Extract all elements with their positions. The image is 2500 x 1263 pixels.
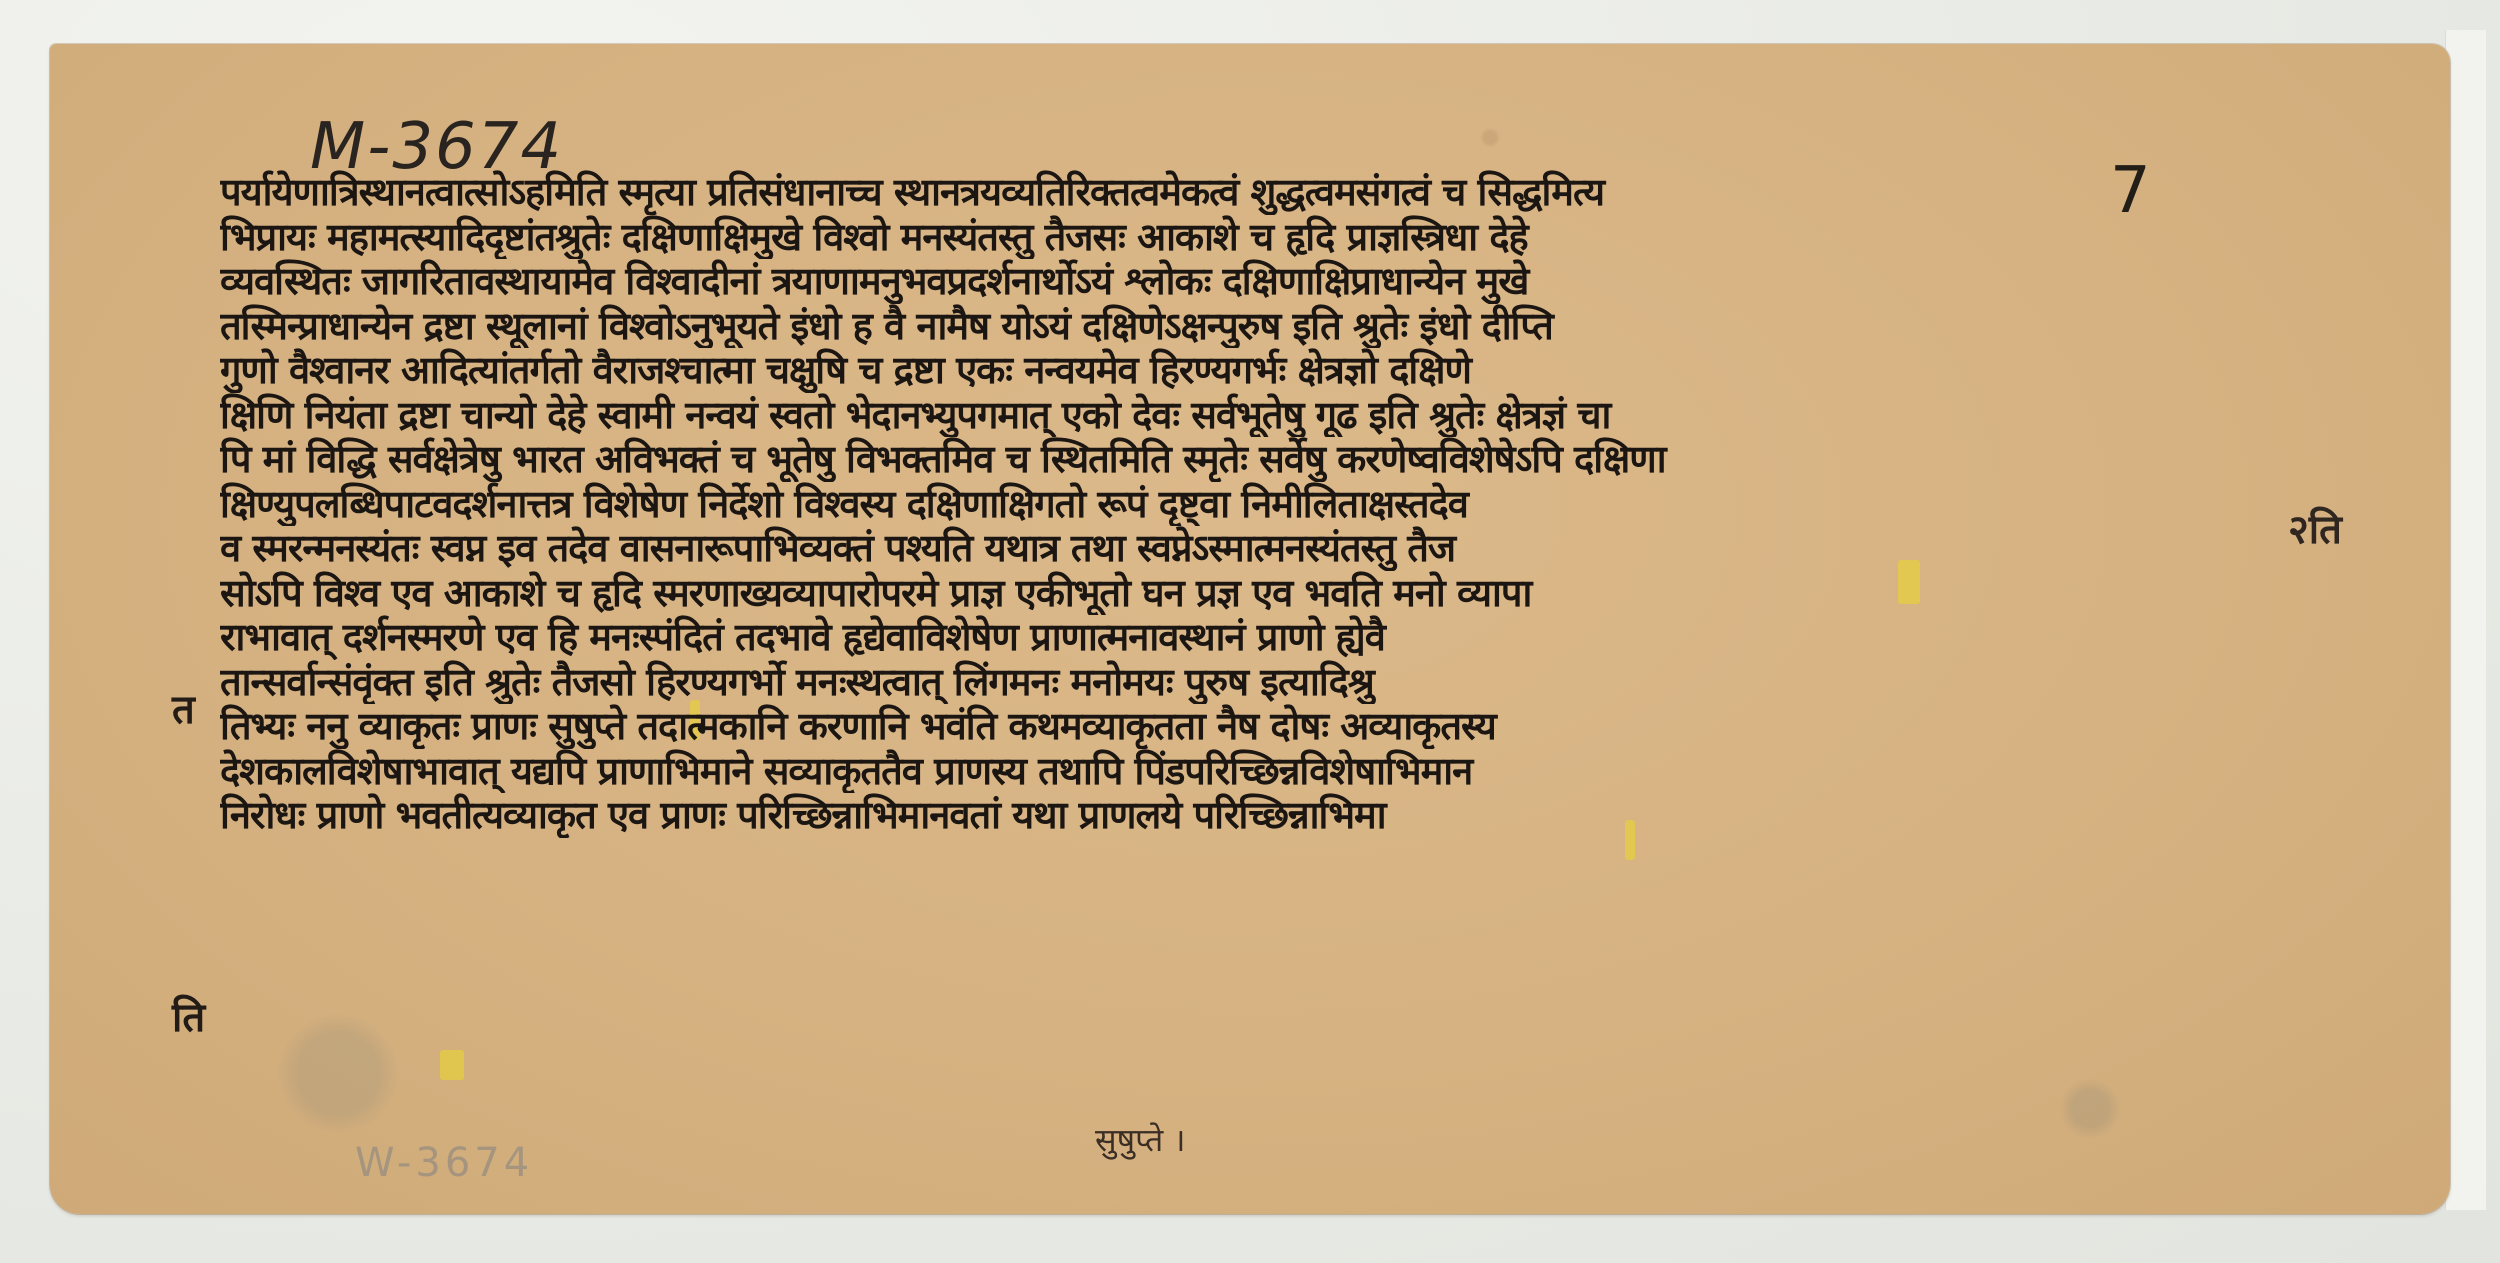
text-line: सोऽपि विश्व एव आकाशे च हृदि स्मरणाख्यव्य… [220,571,2200,616]
text-line: राभावात् दर्शनस्मरणे एव हि मनःस्पंदितं त… [220,615,2200,660]
text-line: क्षिण्युपलब्धिपाटवदर्शनात्तत्र विशेषेण न… [220,482,2200,527]
manuscript-text-block: पर्यायेणात्रिस्थानत्वात्सोऽहमिति स्मृत्य… [220,170,2200,838]
footer-catchword: सुषुप्ते । [1095,1118,1186,1161]
text-line: पर्यायेणात्रिस्थानत्वात्सोऽहमिति स्मृत्य… [220,170,2200,215]
text-line: गुणो वैश्वानर आदित्यांतर्गतो वैराजश्चात्… [220,348,2200,393]
text-line: देशकालविशेषाभावात् यद्यपि प्राणाभिमाने स… [220,749,2200,794]
text-line: पि मां विद्धि सर्वक्षेत्रेषु भारत अविभक्… [220,437,2200,482]
margin-note-left-lower: ति [172,988,205,1043]
text-line: तस्मिन्प्राधान्येन द्रष्टा स्थूलानां विश… [220,304,2200,349]
text-line: निरोधः प्राणो भवतीत्यव्याकृत एव प्राणः प… [220,793,2200,838]
mounting-strip [2445,30,2486,1210]
margin-note-left-upper: त [172,680,195,735]
text-line: क्षिणि नियंता द्रष्टा चान्यो देहे स्वामी… [220,393,2200,438]
yellow-highlight-mark [440,1050,464,1080]
text-line: भिप्रायः महामत्स्यादिदृष्टांतश्रुतेः दक्… [220,215,2200,260]
text-line: तिभ्यः ननु व्याकृतः प्राणः सुषुप्ते तदात… [220,704,2200,749]
text-line: व स्मरन्मनस्यंतः स्वप्न इव तदेव वासनारूप… [220,526,2200,571]
text-line: व्यवस्थितः जागरितावस्थायामेव विश्वादीनां… [220,259,2200,304]
text-line: तान्सर्वान्संवृंक्त इति श्रुतेः तैजसो हि… [220,660,2200,705]
margin-note-right: २ति [2288,500,2342,555]
faded-stamp: W-3674 [355,1140,533,1186]
